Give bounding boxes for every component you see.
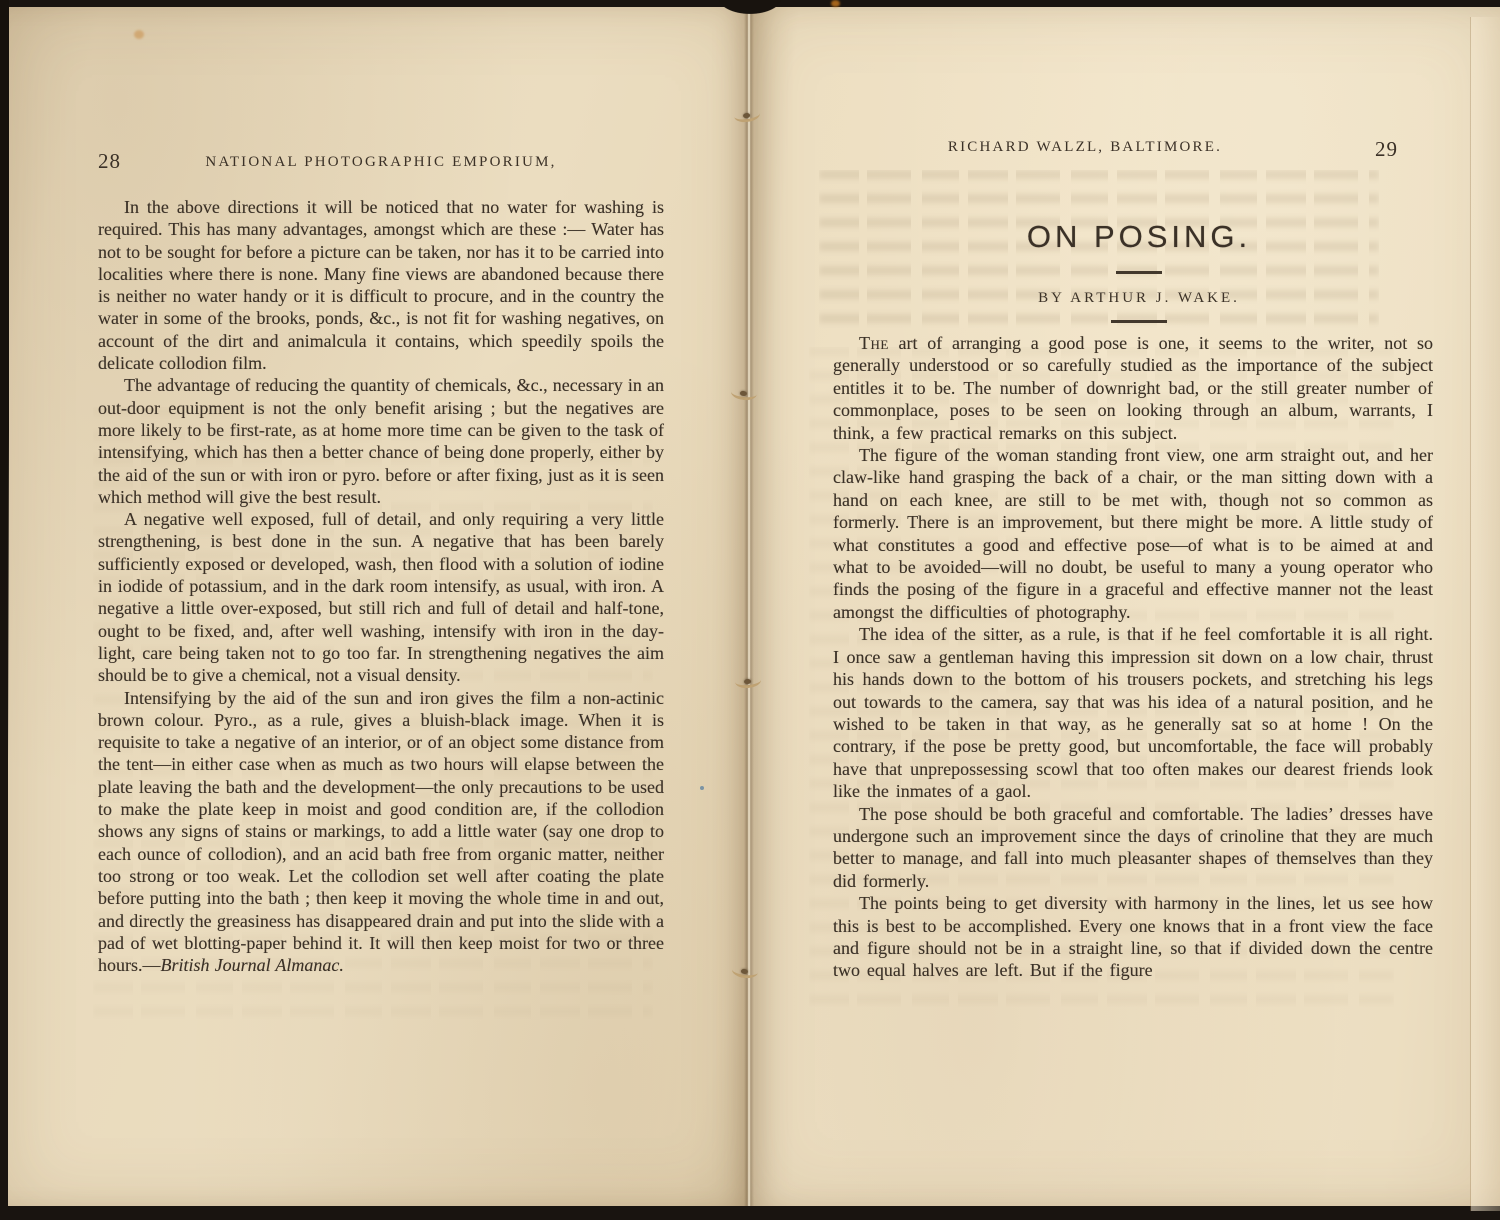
spine-top-shadow <box>714 0 786 16</box>
page-fore-edge <box>1470 17 1500 1211</box>
paragraph: The idea of the sitter, as a rule, is th… <box>833 623 1433 802</box>
paragraph: The points being to get diversity with h… <box>833 892 1433 982</box>
paragraph: The advantage of reducing the quantity o… <box>98 374 664 508</box>
left-page: 28 NATIONAL PHOTOGRAPHIC EMPORIUM, In th… <box>8 7 749 1206</box>
title-rule <box>1116 271 1162 274</box>
article-title: ON POSING. <box>839 219 1439 255</box>
running-head-right: RICHARD WALZL, BALTIMORE. <box>835 139 1335 156</box>
paper-stain <box>134 30 144 39</box>
paragraph: The pose should be both graceful and com… <box>833 803 1433 893</box>
paper-stain <box>831 0 840 7</box>
gutter-crease <box>744 7 754 1206</box>
body-text-right: The art of arranging a good pose is one,… <box>833 332 1433 982</box>
paragraph: In the above directions it will be notic… <box>98 196 664 374</box>
byline-rule <box>1111 320 1167 323</box>
paragraph: A negative well exposed, full of detail,… <box>98 508 664 686</box>
scan-edge <box>0 0 9 760</box>
paragraph: The art of arranging a good pose is one,… <box>833 332 1433 444</box>
paragraph-text: Intensifying by the aid of the sun and i… <box>98 688 664 976</box>
paragraph: Intensifying by the aid of the sun and i… <box>98 687 664 977</box>
paragraph: The figure of the woman standing front v… <box>833 444 1433 623</box>
paragraph-text: art of arranging a good pose is one, it … <box>833 333 1433 443</box>
citation-source: British Journal Almanac. <box>161 955 344 975</box>
running-head-left: NATIONAL PHOTOGRAPHIC EMPORIUM, <box>98 154 664 171</box>
body-text-left: In the above directions it will be notic… <box>98 196 664 976</box>
page-number-right: 29 <box>1375 137 1398 162</box>
byline: BY ARTHUR J. WAKE. <box>839 290 1439 307</box>
paper-fleck <box>700 786 704 790</box>
small-caps-lead: The <box>859 333 889 353</box>
right-page: RICHARD WALZL, BALTIMORE. 29 ON POSING. … <box>749 7 1500 1206</box>
book-scan: 28 NATIONAL PHOTOGRAPHIC EMPORIUM, In th… <box>0 0 1500 1220</box>
